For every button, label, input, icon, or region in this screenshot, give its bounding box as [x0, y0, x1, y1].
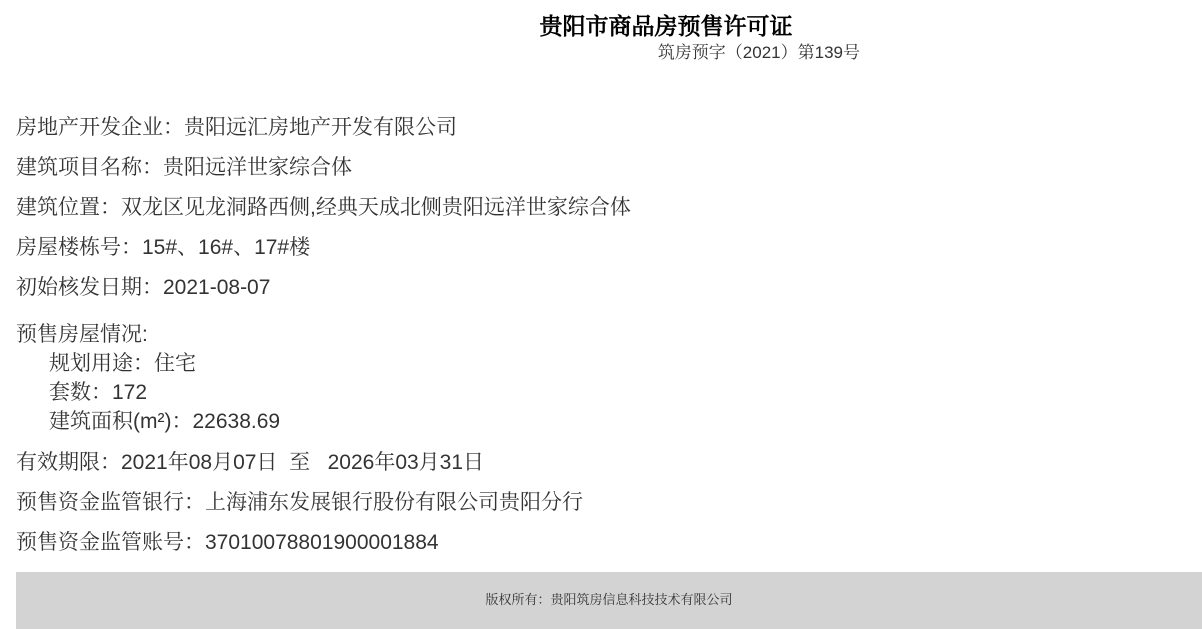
- field-planned-use: 规划用途：住宅: [16, 349, 1186, 378]
- field-supervision-account-value: 37010078801900001884: [205, 531, 439, 554]
- footer-bar: 版权所有：贵阳筑房信息科技技术有限公司: [16, 572, 1202, 629]
- field-project-name-label: 建筑项目名称：: [16, 156, 163, 179]
- field-planned-use-label: 规划用途：: [49, 352, 154, 375]
- doc-number: 筑房预字（2021）第139号: [0, 42, 1202, 64]
- field-developer: 房地产开发企业：贵阳远汇房地产开发有限公司: [16, 113, 1186, 142]
- presale-section-heading: 预售房屋情况:: [16, 320, 1186, 349]
- field-initial-issue-date: 初始核发日期：2021-08-07: [16, 273, 1186, 302]
- field-initial-issue-date-value: 2021-08-07: [163, 276, 270, 299]
- field-building-numbers: 房屋楼栋号：15#、16#、17#楼: [16, 233, 1186, 262]
- field-floor-area-label: 建筑面积(m²)：: [49, 410, 192, 433]
- field-unit-count-value: 172: [112, 381, 147, 404]
- field-supervision-account-label: 预售资金监管账号：: [16, 531, 205, 554]
- field-developer-label: 房地产开发企业：: [16, 116, 184, 139]
- field-developer-value: 贵阳远汇房地产开发有限公司: [184, 116, 457, 139]
- field-supervision-bank-value: 上海浦东发展银行股份有限公司贵阳分行: [205, 491, 583, 514]
- field-floor-area: 建筑面积(m²)：22638.69: [16, 407, 1186, 436]
- presale-section: 预售房屋情况: 规划用途：住宅 套数：172 建筑面积(m²)：22638.69: [16, 320, 1186, 436]
- document-header: 贵阳市商品房预售许可证 筑房预字（2021）第139号: [0, 0, 1202, 64]
- field-validity-period-label: 有效期限：: [16, 451, 121, 474]
- field-location: 建筑位置：双龙区见龙洞路西侧,经典天成北侧贵阳远洋世家综合体: [16, 193, 1186, 222]
- field-validity-period: 有效期限：2021年08月07日 至 2026年03月31日: [16, 448, 1186, 477]
- field-location-label: 建筑位置：: [16, 196, 121, 219]
- field-floor-area-value: 22638.69: [192, 410, 280, 433]
- field-project-name-value: 贵阳远洋世家综合体: [163, 156, 352, 179]
- field-initial-issue-date-label: 初始核发日期：: [16, 276, 163, 299]
- field-supervision-bank-label: 预售资金监管银行：: [16, 491, 205, 514]
- field-unit-count: 套数：172: [16, 378, 1186, 407]
- field-supervision-bank: 预售资金监管银行：上海浦东发展银行股份有限公司贵阳分行: [16, 488, 1186, 517]
- field-project-name: 建筑项目名称：贵阳远洋世家综合体: [16, 153, 1186, 182]
- field-building-numbers-label: 房屋楼栋号：: [16, 236, 142, 259]
- field-validity-period-value: 2021年08月07日 至 2026年03月31日: [121, 451, 484, 474]
- field-location-value: 双龙区见龙洞路西侧,经典天成北侧贵阳远洋世家综合体: [121, 196, 631, 219]
- field-planned-use-value: 住宅: [154, 352, 196, 375]
- field-supervision-account: 预售资金监管账号：37010078801900001884: [16, 528, 1186, 557]
- field-unit-count-label: 套数：: [49, 381, 112, 404]
- page-title: 贵阳市商品房预售许可证: [0, 10, 1202, 42]
- presale-permit-page: 贵阳市商品房预售许可证 筑房预字（2021）第139号 房地产开发企业：贵阳远汇…: [0, 0, 1202, 557]
- field-building-numbers-value: 15#、16#、17#楼: [142, 236, 310, 259]
- copyright-text: 版权所有：贵阳筑房信息科技技术有限公司: [485, 592, 732, 607]
- document-body: 房地产开发企业：贵阳远汇房地产开发有限公司 建筑项目名称：贵阳远洋世家综合体 建…: [0, 64, 1202, 557]
